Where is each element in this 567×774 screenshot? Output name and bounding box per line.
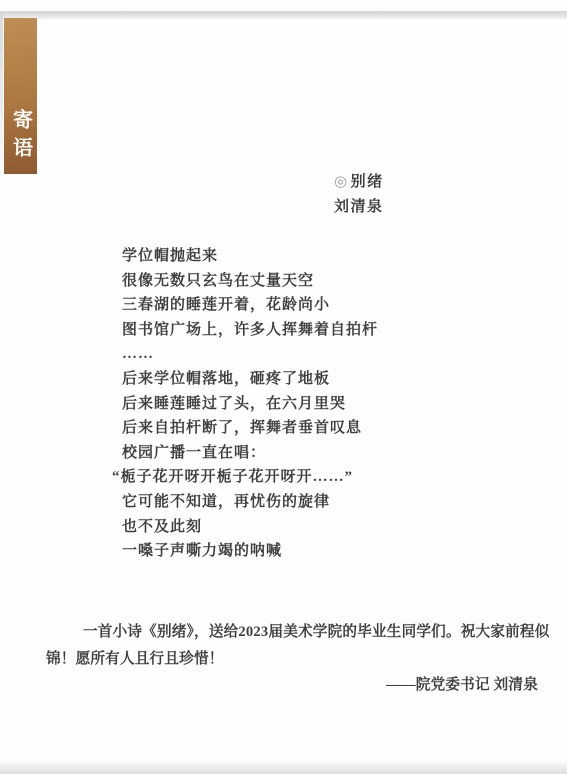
poem-line-quote: “栀子花开呀开栀子花开呀开……” bbox=[112, 465, 378, 490]
page-bottom-edge bbox=[0, 761, 567, 774]
poem-line: 也不及此刻 bbox=[122, 515, 378, 540]
poem-line: 后来自拍杆断了，挥舞者垂首叹息 bbox=[122, 416, 378, 441]
book-page: 寄语 ◎别绪 刘清泉 学位帽抛起来 很像无数只玄鸟在丈量天空 三春湖的睡莲开着，… bbox=[0, 0, 567, 774]
dedication-line: 一首小诗《别绪》，送给2023届美术学院的毕业生同学们。祝大家前程似 bbox=[46, 619, 538, 646]
poem-line: 三春湖的睡莲开着，花龄尚小 bbox=[122, 293, 378, 318]
poem-line: 它可能不知道，再忧伤的旋律 bbox=[122, 490, 378, 515]
poem-line: 后来睡莲睡过了头，在六月里哭 bbox=[122, 392, 378, 417]
poem-line: 很像无数只玄鸟在丈量天空 bbox=[122, 269, 378, 294]
dedication-signature: ——院党委书记 刘清泉 bbox=[46, 672, 538, 699]
page-left-edge bbox=[0, 11, 3, 191]
poem-title-line: ◎别绪 bbox=[334, 170, 384, 195]
poem-title: 别绪 bbox=[351, 174, 384, 190]
poem-line: 一嗓子声嘶力竭的呐喊 bbox=[122, 539, 378, 564]
poem-line: 后来学位帽落地，砸疼了地板 bbox=[122, 367, 378, 392]
circle-bullet-icon: ◎ bbox=[334, 174, 349, 190]
chapter-tab-label: 寄语 bbox=[11, 109, 31, 165]
chapter-tab: 寄语 bbox=[4, 18, 37, 174]
poem-author: 刘清泉 bbox=[334, 195, 384, 220]
dedication-line: 锦！愿所有人且行且珍惜！ bbox=[46, 646, 538, 673]
poem-header: ◎别绪 刘清泉 bbox=[334, 170, 384, 220]
poem-line: 学位帽抛起来 bbox=[122, 244, 378, 269]
poem-line-ellipsis: …… bbox=[122, 342, 378, 367]
dedication-paragraph: 一首小诗《别绪》，送给2023届美术学院的毕业生同学们。祝大家前程似 锦！愿所有… bbox=[46, 619, 538, 699]
poem-line: 校园广播一直在唱： bbox=[122, 441, 378, 466]
poem-body: 学位帽抛起来 很像无数只玄鸟在丈量天空 三春湖的睡莲开着，花龄尚小 图书馆广场上… bbox=[122, 244, 378, 564]
page-top-edge bbox=[0, 11, 567, 19]
poem-line: 图书馆广场上，许多人挥舞着自拍杆 bbox=[122, 318, 378, 343]
